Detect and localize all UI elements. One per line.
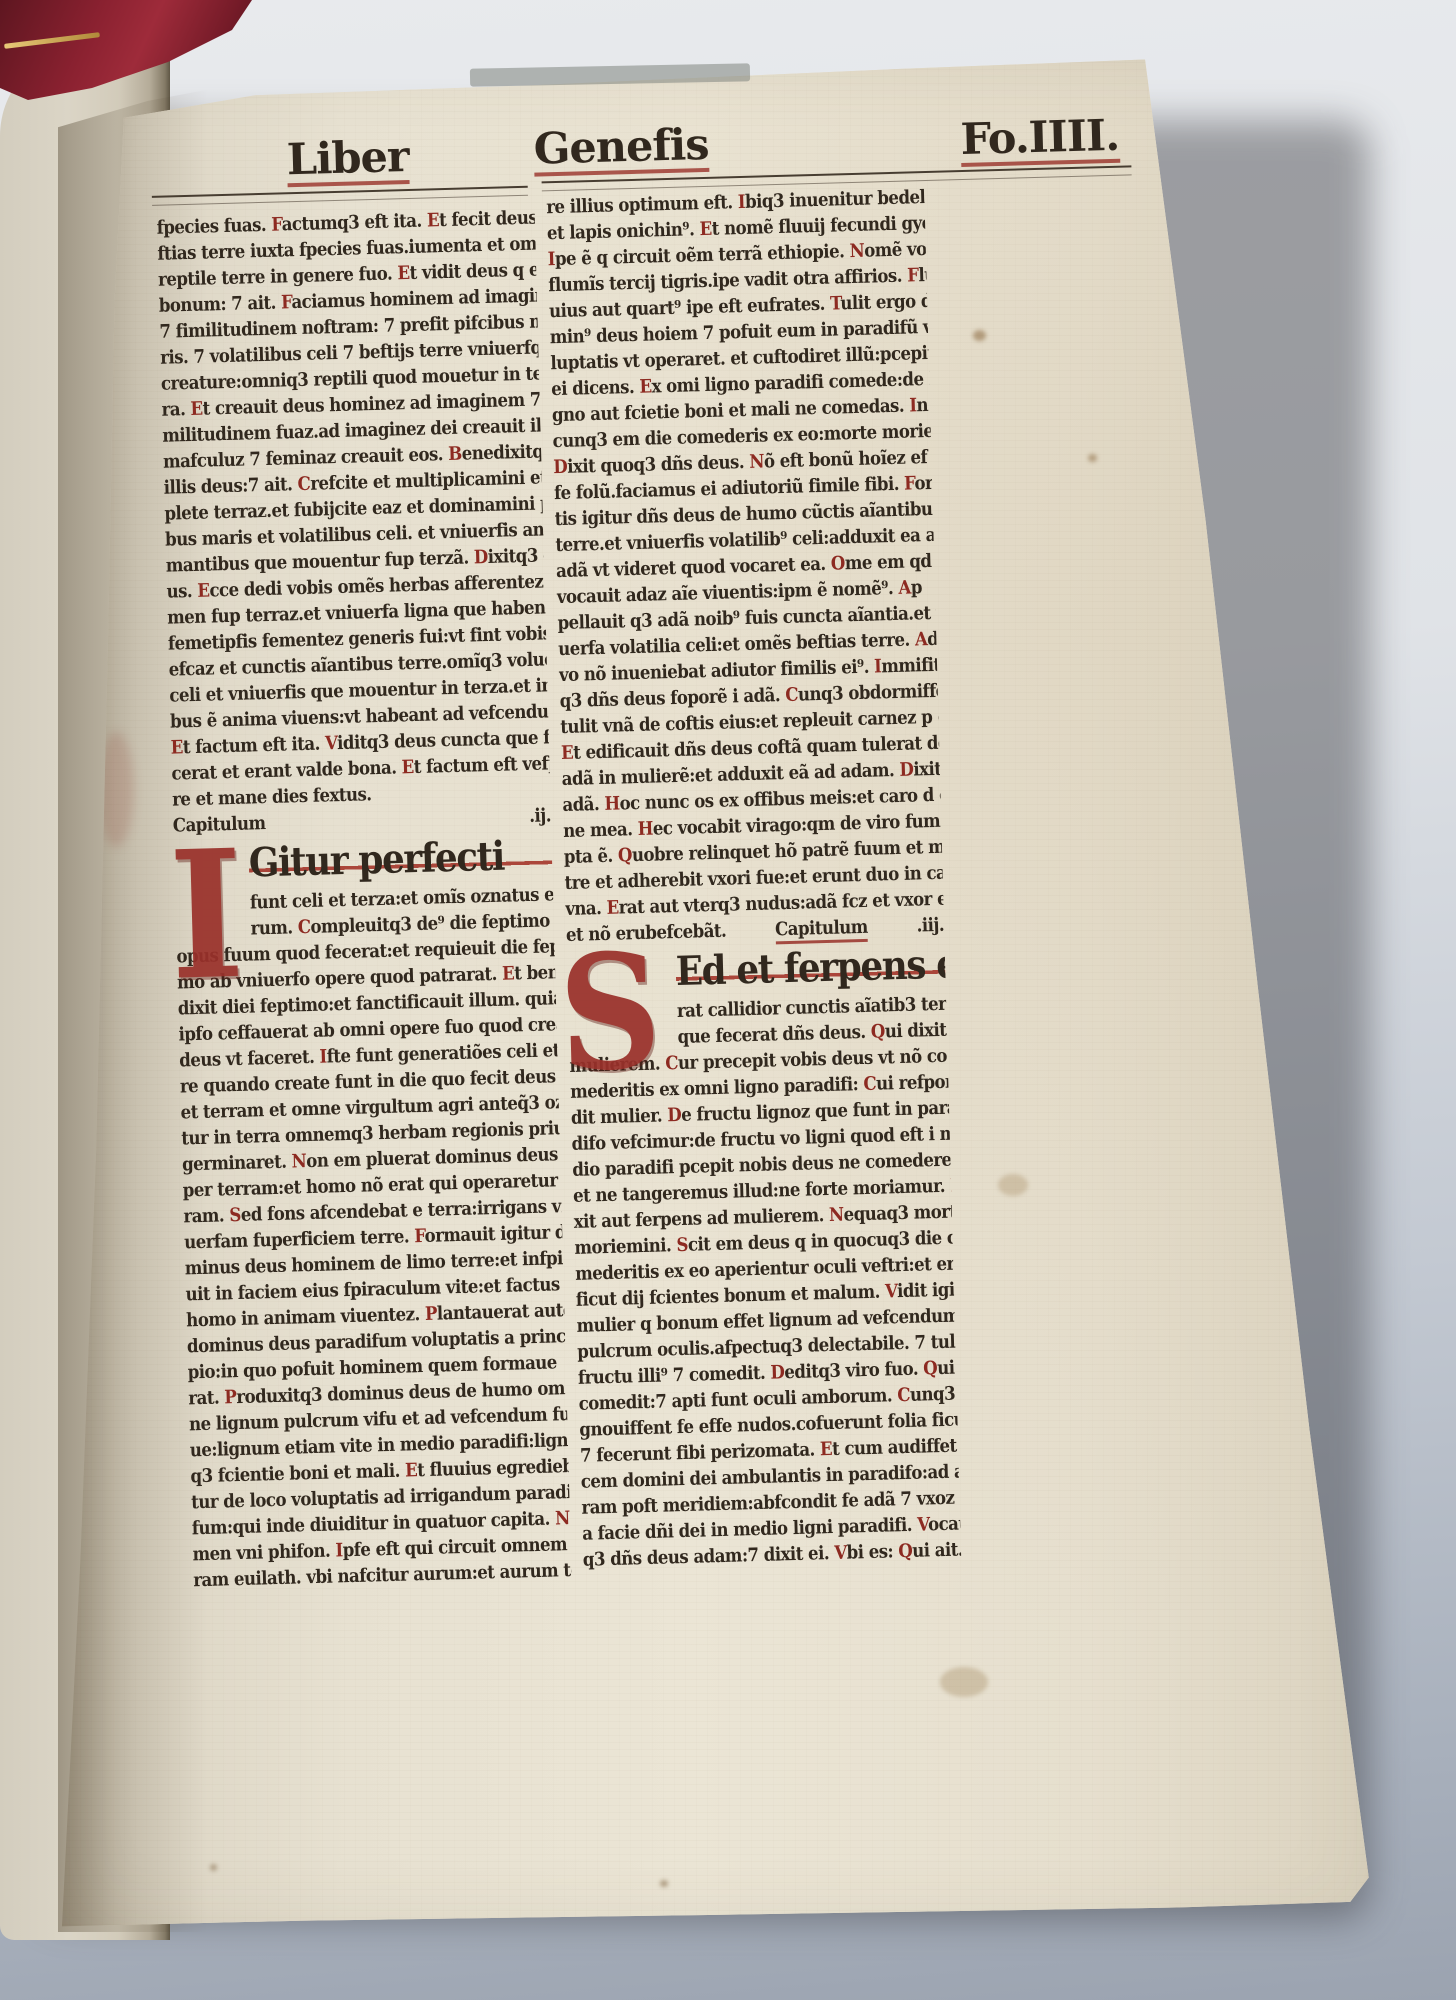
chapter-3-incipit: Ed et ferpens e <box>675 940 946 999</box>
column-right: re illius optimum eft. Ibiq3 inuenitur b… <box>546 185 965 1695</box>
chapter-3-opening: S Ed et ferpens e rat callidior cunctis … <box>566 940 961 1574</box>
header-folio-number: Fo.IIII. <box>960 114 1120 167</box>
header-left-title: Liber <box>286 135 409 187</box>
capitulum-numeral: .ij. <box>529 803 551 831</box>
chapter-3-text: mulierem. Cur precepit vobis deus vt nõ … <box>569 1044 961 1574</box>
genesis1-text: fpecies fuas. Factumq3 eft ita. Et fecit… <box>156 206 550 814</box>
chapter-2-text: opus fuum quod fecerat:et requieuit die … <box>176 934 572 1594</box>
chapter-2-incipit: Gitur perfecti <box>248 830 553 890</box>
capitulum-numeral: .iij. <box>916 913 944 941</box>
printed-text-block: Liber Genefis Fo.IIII. fpecies fuas. Fac… <box>148 101 1175 1687</box>
genesis2-text: re illius optimum eft. Ibiq3 inuenitur b… <box>546 185 944 923</box>
column-left: fpecies fuas. Factumq3 eft ita. Et fecit… <box>156 206 574 1696</box>
lombard-initial-s: S <box>558 949 663 1078</box>
page-stain <box>210 1864 217 1871</box>
header-book-title: Genefis <box>533 123 709 177</box>
chapter-2-opening: I Gitur perfecti funt celi et terza:et o… <box>173 830 571 1594</box>
page-stain <box>660 1880 668 1887</box>
lombard-initial-i: I <box>168 845 245 988</box>
capitulum-label: Capitulum <box>775 915 868 944</box>
